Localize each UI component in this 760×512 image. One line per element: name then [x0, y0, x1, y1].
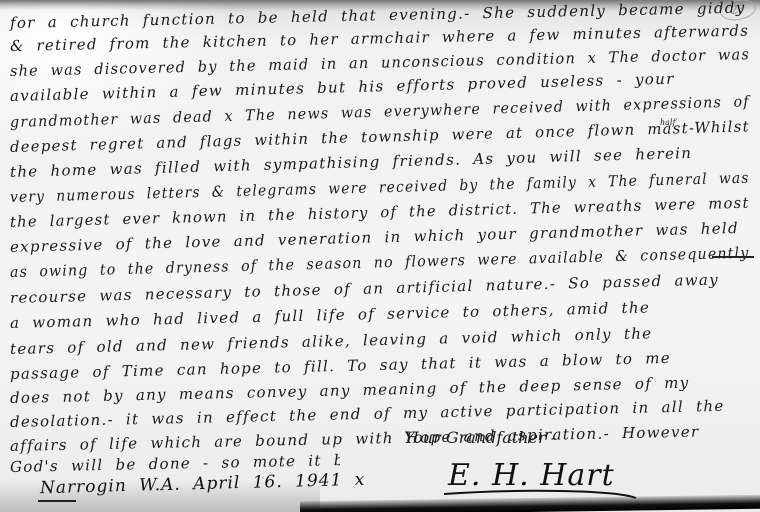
letter-page: 27 for a church function to be held that… — [0, 0, 760, 512]
place-underline — [38, 500, 76, 502]
interlinear-insertion: half — [660, 118, 675, 127]
scan-bottom-shadow — [300, 495, 760, 512]
closing-salutation: Your Grandfather - — [404, 428, 556, 447]
line-continuation-mark — [712, 256, 754, 258]
